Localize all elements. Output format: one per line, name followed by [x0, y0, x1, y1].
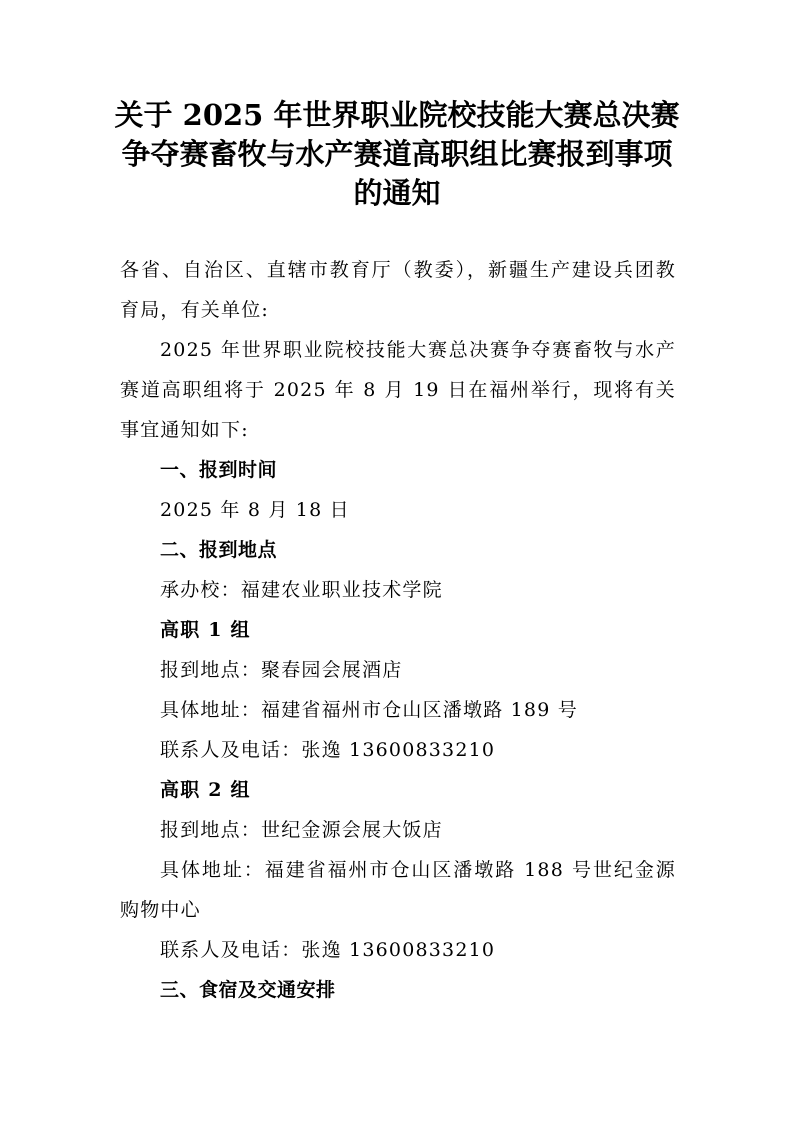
group-2-address: 具体地址：福建省福州市仓山区潘墩路 188 号世纪金源购物中心: [120, 850, 676, 930]
group-2-contact: 联系人及电话：张逸 13600833210: [120, 930, 676, 970]
section-heading-registration-time: 一、报到时间: [120, 450, 676, 490]
document-body: 各省、自治区、直辖市教育厅（教委），新疆生产建设兵团教育局，有关单位: 2025…: [120, 250, 676, 1010]
group-1-name: 高职 1 组: [120, 610, 676, 650]
document-title: 关于 2025 年世界职业院校技能大赛总决赛争夺赛畜牧与水产赛道高职组比赛报到事…: [110, 96, 684, 213]
group-2-venue: 报到地点：世纪金源会展大饭店: [120, 810, 676, 850]
group-1-venue: 报到地点：聚春园会展酒店: [120, 650, 676, 690]
group-1-contact: 联系人及电话：张逸 13600833210: [120, 730, 676, 770]
salutation: 各省、自治区、直辖市教育厅（教委），新疆生产建设兵团教育局，有关单位:: [120, 250, 676, 330]
section-heading-registration-location: 二、报到地点: [120, 530, 676, 570]
group-2-name: 高职 2 组: [120, 770, 676, 810]
registration-date: 2025 年 8 月 18 日: [120, 490, 676, 530]
document-page: 关于 2025 年世界职业院校技能大赛总决赛争夺赛畜牧与水产赛道高职组比赛报到事…: [0, 0, 794, 1123]
host-school: 承办校：福建农业职业技术学院: [120, 570, 676, 610]
group-1-address: 具体地址：福建省福州市仓山区潘墩路 189 号: [120, 690, 676, 730]
section-heading-accommodation-transport: 三、食宿及交通安排: [120, 970, 676, 1010]
intro-paragraph: 2025 年世界职业院校技能大赛总决赛争夺赛畜牧与水产赛道高职组将于 2025 …: [120, 330, 676, 450]
